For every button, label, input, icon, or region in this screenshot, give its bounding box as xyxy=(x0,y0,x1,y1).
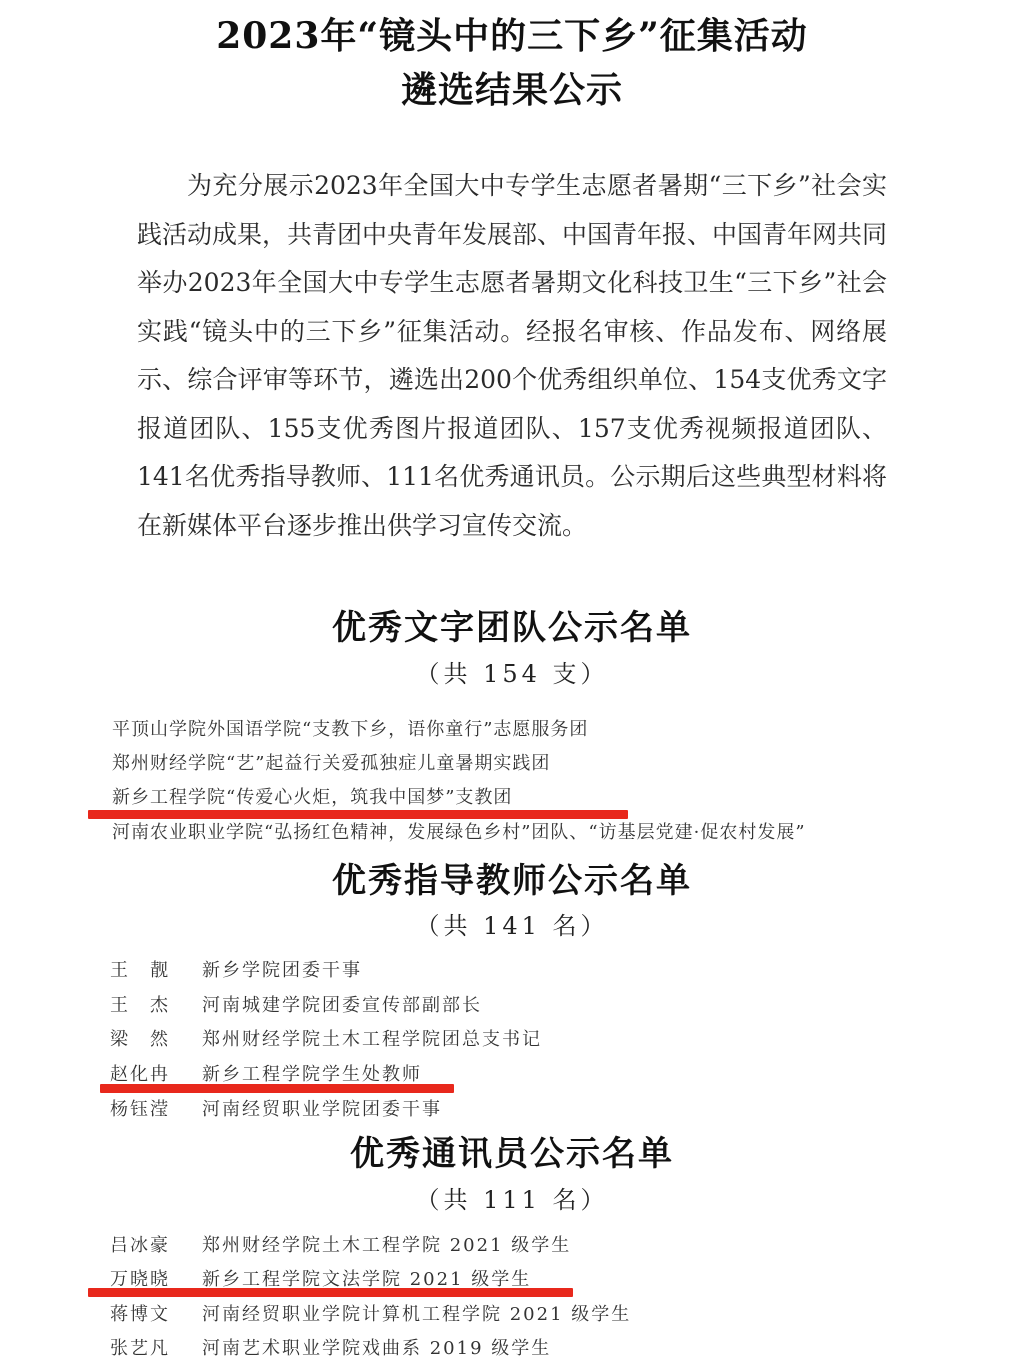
person-name: 赵化冉 xyxy=(110,1060,202,1086)
person-desc: 新乡工程学院学生处教师 xyxy=(202,1064,422,1085)
person-desc: 河南城建学院团委宣传部副部长 xyxy=(202,995,482,1016)
section-count-teachers: （共 141 名） xyxy=(0,906,1024,941)
section-title-text-teams: 优秀文字团队公示名单 xyxy=(0,600,1024,649)
list-item: 河南农业职业学院“弘扬红色精神，发展绿色乡村”团队、“访基层党建·促农村发展” xyxy=(112,818,806,844)
highlight-underline xyxy=(100,1084,454,1093)
list-item: 郑州财经学院“艺”起益行关爱孤独症儿童暑期实践团 xyxy=(112,749,550,775)
person-name: 吕冰豪 xyxy=(110,1231,202,1257)
table-row: 吕冰豪郑州财经学院土木工程学院 2021 级学生 xyxy=(110,1231,571,1257)
table-row: 王 靓新乡学院团委干事 xyxy=(110,956,362,982)
person-desc: 郑州财经学院土木工程学院 2021 级学生 xyxy=(202,1235,571,1256)
intro-paragraph: 为充分展示2023年全国大中专学生志愿者暑期“三下乡”社会实践活动成果，共青团中… xyxy=(137,162,887,550)
document-title-line-1: 2023年“镜头中的三下乡”征集活动 xyxy=(0,8,1024,59)
table-row: 赵化冉新乡工程学院学生处教师 xyxy=(110,1060,422,1086)
person-desc: 河南经贸职业学院计算机工程学院 2021 级学生 xyxy=(202,1304,631,1325)
section-title-teachers: 优秀指导教师公示名单 xyxy=(0,853,1024,902)
person-name: 蒋博文 xyxy=(110,1300,202,1326)
person-desc: 新乡学院团委干事 xyxy=(202,960,362,981)
table-row: 张艺凡河南艺术职业学院戏曲系 2019 级学生 xyxy=(110,1334,551,1360)
section-count-text-teams: （共 154 支） xyxy=(0,654,1024,689)
table-row: 梁 然郑州财经学院土木工程学院团总支书记 xyxy=(110,1025,542,1051)
table-row: 蒋博文河南经贸职业学院计算机工程学院 2021 级学生 xyxy=(110,1300,631,1326)
person-desc: 河南艺术职业学院戏曲系 2019 级学生 xyxy=(202,1338,551,1359)
table-row: 王 杰河南城建学院团委宣传部副部长 xyxy=(110,991,482,1017)
person-desc: 河南经贸职业学院团委干事 xyxy=(202,1099,442,1120)
person-name: 王 杰 xyxy=(110,991,202,1017)
list-item: 平顶山学院外国语学院“支教下乡，语你童行”志愿服务团 xyxy=(112,715,588,741)
person-desc: 新乡工程学院文法学院 2021 级学生 xyxy=(202,1269,531,1290)
person-name: 王 靓 xyxy=(110,956,202,982)
section-count-correspondents: （共 111 名） xyxy=(0,1180,1024,1215)
list-item: 新乡工程学院“传爱心火炬，筑我中国梦”支教团 xyxy=(112,783,512,809)
document-title-line-2: 遴选结果公示 xyxy=(0,62,1024,113)
section-title-correspondents: 优秀通讯员公示名单 xyxy=(0,1126,1024,1175)
person-name: 梁 然 xyxy=(110,1025,202,1051)
person-name: 杨钰滢 xyxy=(110,1095,202,1121)
person-name: 张艺凡 xyxy=(110,1334,202,1360)
table-row: 杨钰滢河南经贸职业学院团委干事 xyxy=(110,1095,442,1121)
highlight-underline xyxy=(88,1288,573,1297)
person-desc: 郑州财经学院土木工程学院团总支书记 xyxy=(202,1029,542,1050)
